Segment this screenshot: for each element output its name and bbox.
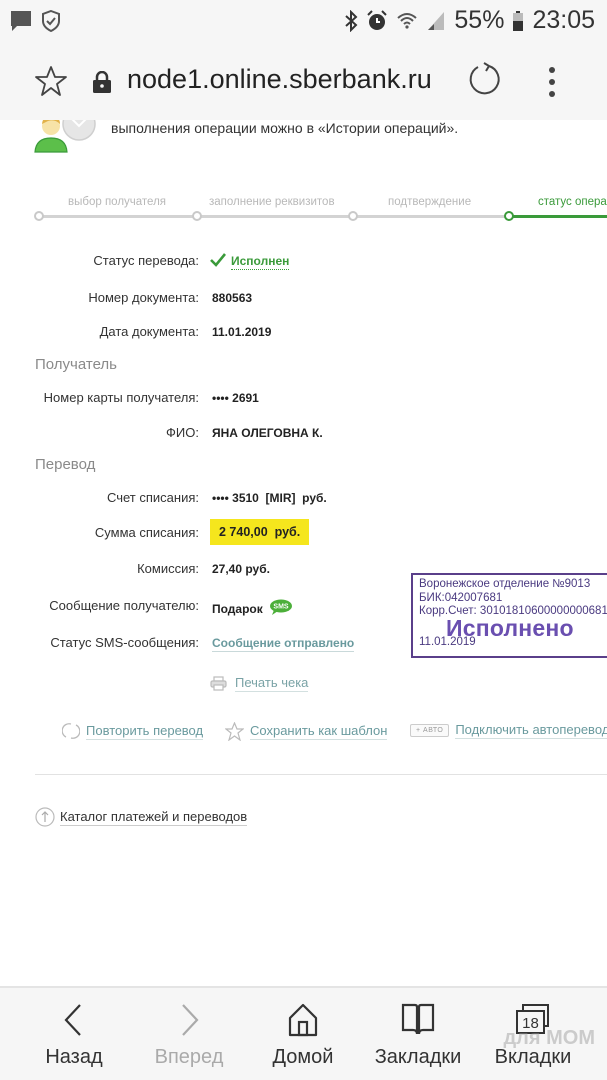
account-value: •••• 3510 [MIR] руб. <box>212 491 327 505</box>
status-value: Исполнен <box>231 254 289 270</box>
step-line-active <box>509 215 607 218</box>
save-template-label: Сохранить как шаблон <box>250 723 387 740</box>
autopay-label: Подключить автоперевод <box>455 722 607 739</box>
status-bar: 55% 23:05 <box>0 0 607 44</box>
battery-icon <box>512 10 524 32</box>
wifi-icon <box>396 10 418 32</box>
recipient-section-title: Получатель <box>35 356 117 373</box>
shield-check-icon <box>42 10 60 32</box>
chevron-left-icon <box>57 1002 91 1038</box>
stamp-date: 11.01.2019 <box>419 636 476 648</box>
doc-number-row: Номер документа: 880563 <box>0 290 607 312</box>
fee-label: Комиссия: <box>137 561 199 576</box>
home-icon <box>286 1002 320 1038</box>
step-label: заполнение реквизитов <box>209 196 335 208</box>
catalog-label: Каталог платежей и переводов <box>60 809 247 826</box>
url-field[interactable]: node1.online.sberbank.ru <box>127 64 432 95</box>
forward-label: Вперед <box>134 1046 244 1069</box>
repeat-icon <box>62 722 80 740</box>
save-template-button[interactable]: Сохранить как шаблон <box>225 722 387 741</box>
message-icon <box>10 10 32 32</box>
check-icon <box>210 252 226 268</box>
progress-steps: выбор получателя заполнение реквизитов п… <box>0 196 607 226</box>
step-dot <box>192 211 202 221</box>
auto-badge: + АВТО <box>410 724 449 737</box>
star-outline-icon <box>225 722 244 741</box>
back-label: Назад <box>19 1046 129 1069</box>
lock-icon <box>92 71 112 93</box>
transfer-section-title: Перевод <box>35 456 95 473</box>
doc-number-value: 880563 <box>212 291 252 305</box>
bookmark-star-icon[interactable] <box>34 64 68 98</box>
name-row: ФИО: ЯНА ОЛЕГОВНА К. <box>0 425 607 447</box>
message-label: Сообщение получателю: <box>49 598 199 613</box>
intro-text: выполнения операции можно в «Истории опе… <box>111 120 458 136</box>
catalog-link[interactable]: Каталог платежей и переводов <box>35 807 247 827</box>
bookmarks-label: Закладки <box>363 1046 473 1069</box>
clock: 23:05 <box>532 6 595 35</box>
user-avatar-icon <box>33 120 97 158</box>
bookmarks-button[interactable]: Закладки <box>363 1002 473 1069</box>
doc-date-value: 11.01.2019 <box>212 325 271 339</box>
home-button[interactable]: Домой <box>248 1002 358 1069</box>
bank-stamp: Воронежское отделение №9013 БИК:04200768… <box>411 573 607 658</box>
stamp-bik: БИК:042007681 <box>419 592 607 606</box>
alarm-icon <box>366 10 388 32</box>
sms-status-label: Статус SMS-сообщения: <box>50 635 199 650</box>
sms-bubble-icon: SMS <box>269 599 293 615</box>
forward-button[interactable]: Вперед <box>134 1002 244 1069</box>
message-value: Подарок <box>212 602 263 616</box>
battery-percent: 55% <box>454 6 504 35</box>
name-label: ФИО: <box>166 425 199 440</box>
step-label: подтверждение <box>388 196 471 208</box>
account-row: Счет списания: •••• 3510 [MIR] руб. <box>0 490 607 512</box>
amount-row: Сумма списания: 2 740,00 руб. <box>0 525 607 547</box>
back-button[interactable]: Назад <box>19 1002 129 1069</box>
arrow-up-circle-icon <box>35 807 55 827</box>
step-dot <box>348 211 358 221</box>
amount-label: Сумма списания: <box>95 525 199 540</box>
name-value: ЯНА ОЛЕГОВНА К. <box>212 426 323 440</box>
autopay-button[interactable]: + АВТО Подключить автоперевод <box>410 722 607 739</box>
page-content: выполнения операции можно в «Истории опе… <box>0 120 607 986</box>
sms-status-link[interactable]: Сообщение отправлено <box>212 636 354 652</box>
divider <box>35 774 607 775</box>
printer-icon <box>210 676 227 691</box>
reload-icon[interactable] <box>468 62 502 98</box>
repeat-transfer-label: Повторить перевод <box>86 723 203 740</box>
amount-value: 2 740,00 руб. <box>210 519 309 545</box>
card-value: •••• 2691 <box>212 391 259 405</box>
account-label: Счет списания: <box>107 490 199 505</box>
step-label-active: статус операции <box>538 196 607 208</box>
chevron-right-icon <box>172 1002 206 1038</box>
card-label: Номер карты получателя: <box>44 390 199 405</box>
repeat-transfer-button[interactable]: Повторить перевод <box>62 722 203 740</box>
doc-date-label: Дата документа: <box>100 324 199 339</box>
step-dot-active <box>504 211 514 221</box>
actions-bar: Повторить перевод Сохранить как шаблон +… <box>0 722 607 752</box>
bluetooth-icon <box>344 10 358 32</box>
card-row: Номер карты получателя: •••• 2691 <box>0 390 607 412</box>
watermark: для МОМ <box>503 1030 595 1046</box>
svg-text:SMS: SMS <box>274 604 290 611</box>
status-row: Статус перевода: Исполнен <box>0 253 607 275</box>
step-label: выбор получателя <box>68 196 166 208</box>
print-receipt-label: Печать чека <box>235 675 308 692</box>
book-icon <box>400 1002 436 1038</box>
signal-icon <box>426 10 446 32</box>
step-dot <box>34 211 44 221</box>
fee-value: 27,40 руб. <box>212 562 270 576</box>
browser-toolbar: node1.online.sberbank.ru <box>0 44 607 120</box>
doc-number-label: Номер документа: <box>88 290 199 305</box>
tabs-label: Вкладки <box>478 1046 588 1069</box>
step-line <box>39 215 509 218</box>
doc-date-row: Дата документа: 11.01.2019 <box>0 324 607 346</box>
print-receipt-button[interactable]: Печать чека <box>210 675 308 692</box>
stamp-branch: Воронежское отделение №9013 <box>419 578 607 592</box>
more-menu-icon[interactable] <box>543 66 561 98</box>
status-label: Статус перевода: <box>93 253 199 268</box>
home-label: Домой <box>248 1046 358 1069</box>
